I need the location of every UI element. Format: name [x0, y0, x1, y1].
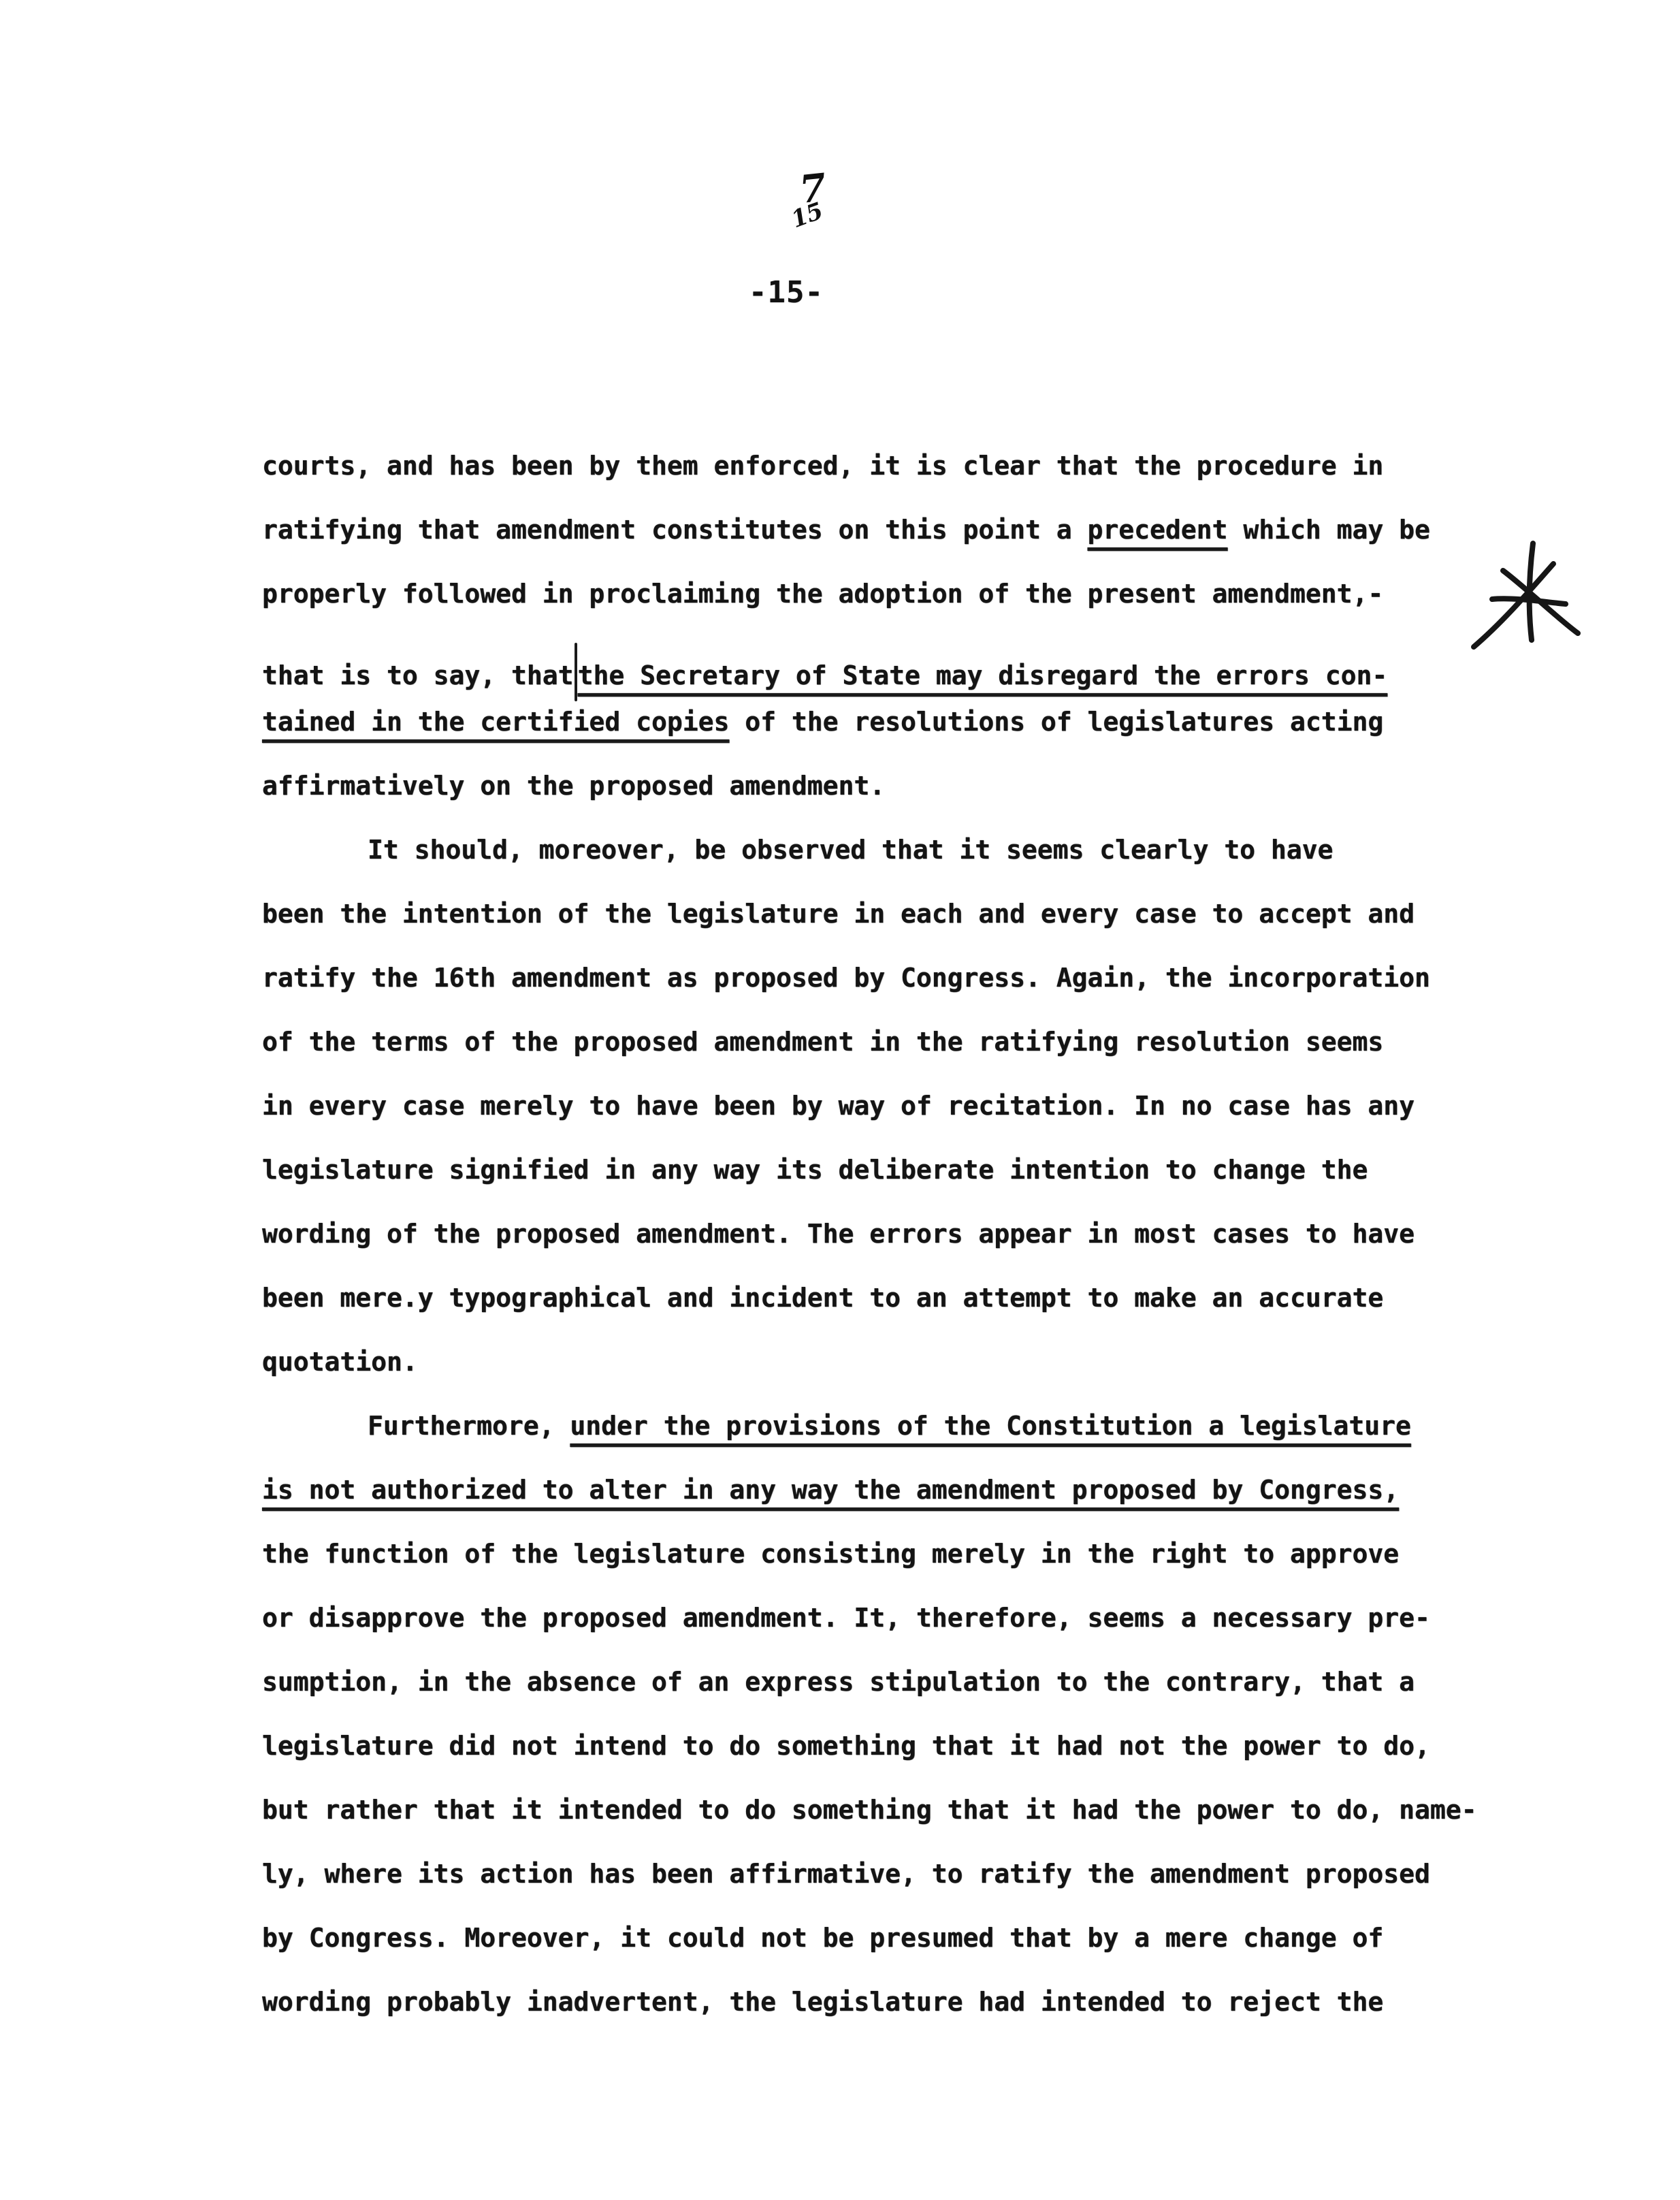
text-segment: but rather that it intended to do someth… [262, 1795, 1476, 1825]
text-segment: wording of the proposed amendment. The e… [262, 1219, 1415, 1249]
text-line: wording probably inadvertent, the legisl… [262, 1987, 1460, 2051]
text-line: properly followed in proclaiming the ado… [262, 579, 1460, 643]
text-line: but rather that it intended to do someth… [262, 1795, 1460, 1859]
text-line: legislature signified in any way its del… [262, 1155, 1460, 1219]
text-line: in every case merely to have been by way… [262, 1091, 1460, 1155]
text-line: courts, and has been by them enforced, i… [262, 451, 1460, 515]
text-segment: by Congress. Moreover, it could not be p… [262, 1923, 1383, 1953]
text-segment: Furthermore, [368, 1411, 570, 1441]
underlined-text-segment: the Secretary of State may disregard the… [578, 660, 1388, 690]
text-segment: in every case merely to have been by way… [262, 1091, 1415, 1121]
text-segment: of the resolutions of legislatures actin… [729, 707, 1383, 737]
document-page: 7 15 -15- courts, and has been by them e… [0, 0, 1680, 2200]
text-line: wording of the proposed amendment. The e… [262, 1219, 1460, 1283]
text-line: ratify the 16th amendment as proposed by… [262, 963, 1460, 1027]
text-segment: sumption, in the absence of an express s… [262, 1667, 1415, 1697]
text-segment: It should, moreover, be observed that it… [368, 835, 1333, 865]
text-line: is not authorized to alter in any way th… [262, 1475, 1460, 1539]
text-line: by Congress. Moreover, it could not be p… [262, 1923, 1460, 1987]
text-segment: affirmatively on the proposed amendment. [262, 771, 885, 801]
text-line: legislature did not intend to do somethi… [262, 1731, 1460, 1795]
text-line: It should, moreover, be observed that it… [262, 835, 1460, 899]
text-line: tained in the certified copies of the re… [262, 707, 1460, 771]
text-line: Furthermore, under the provisions of the… [262, 1411, 1460, 1475]
text-line: quotation. [262, 1347, 1460, 1411]
text-line: or disapprove the proposed amendment. It… [262, 1603, 1460, 1667]
text-line: that is to say, thatthe Secretary of Sta… [262, 643, 1460, 707]
insertion-caret-mark [575, 643, 577, 701]
text-segment: legislature signified in any way its del… [262, 1155, 1368, 1185]
text-line: sumption, in the absence of an express s… [262, 1667, 1460, 1731]
text-segment: legislature did not intend to do somethi… [262, 1731, 1430, 1761]
text-line: been mere.y typographical and incident t… [262, 1283, 1460, 1347]
underlined-text-segment: under the provisions of the Constitution… [570, 1411, 1410, 1441]
page-number: -15- [749, 275, 824, 310]
underlined-text-segment: precedent [1088, 515, 1228, 545]
text-segment: ratify the 16th amendment as proposed by… [262, 963, 1430, 993]
asterisk-margin-mark-icon [1458, 537, 1581, 652]
text-segment: ly, where its action has been affirmativ… [262, 1859, 1430, 1889]
text-segment: wording probably inadvertent, the legisl… [262, 1987, 1383, 2017]
text-line: the function of the legislature consisti… [262, 1539, 1460, 1603]
text-segment: or disapprove the proposed amendment. It… [262, 1603, 1430, 1633]
text-segment: that is to say, that [262, 660, 574, 690]
text-line: of the terms of the proposed amendment i… [262, 1027, 1460, 1091]
text-segment: been mere.y typographical and incident t… [262, 1283, 1383, 1313]
underlined-text-segment: is not authorized to alter in any way th… [262, 1475, 1399, 1505]
text-segment: the function of the legislature consisti… [262, 1539, 1399, 1569]
text-line: ratifying that amendment constitutes on … [262, 515, 1460, 579]
text-line: been the intention of the legislature in… [262, 899, 1460, 963]
text-segment: of the terms of the proposed amendment i… [262, 1027, 1383, 1057]
text-line: affirmatively on the proposed amendment. [262, 771, 1460, 835]
text-segment: courts, and has been by them enforced, i… [262, 451, 1383, 481]
text-segment: which may be [1227, 515, 1429, 545]
text-segment: quotation. [262, 1347, 418, 1377]
document-body: courts, and has been by them enforced, i… [262, 451, 1460, 2051]
text-segment: properly followed in proclaiming the ado… [262, 579, 1383, 609]
text-segment: been the intention of the legislature in… [262, 899, 1415, 929]
underlined-text-segment: tained in the certified copies [262, 707, 729, 737]
text-segment: ratifying that amendment constitutes on … [262, 515, 1088, 545]
text-line: ly, where its action has been affirmativ… [262, 1859, 1460, 1923]
handwritten-fraction-denominator: 15 [788, 197, 831, 232]
handwritten-page-fraction: 7 15 [787, 168, 830, 227]
